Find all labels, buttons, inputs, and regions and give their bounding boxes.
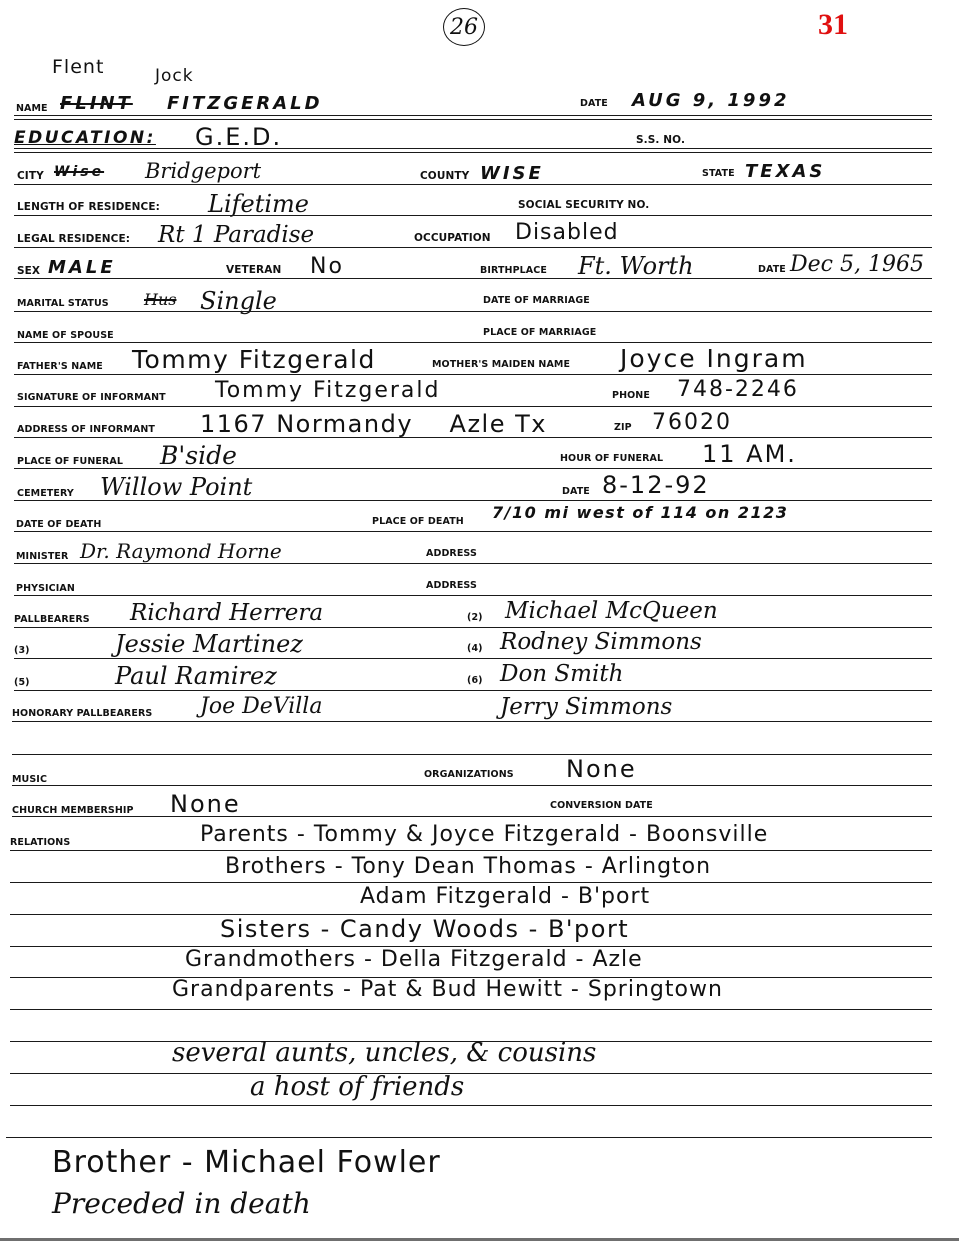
cemetery-date-label: DATE: [562, 486, 590, 497]
footer-note-line-1: Brother - Michael Fowler: [52, 1148, 441, 1178]
music-label: MUSIC: [12, 774, 47, 785]
pallbearer-2-number: (2): [467, 612, 483, 623]
birth-date-label: DATE: [758, 264, 786, 275]
rule: [14, 468, 932, 469]
marital-status-label: MARITAL STATUS: [17, 298, 109, 309]
informant-address-value: 1167 Normandy Azle Tx: [200, 412, 547, 436]
minister-value: Dr. Raymond Horne: [80, 541, 282, 561]
rule: [10, 1105, 932, 1106]
rule: [14, 184, 932, 185]
pallbearer-2: Michael McQueen: [505, 600, 718, 623]
red-page-number: 31: [818, 8, 848, 42]
informant-address-label: ADDRESS OF INFORMANT: [17, 424, 155, 435]
circled-page-number-text: 26: [450, 15, 478, 40]
date-label: DATE: [580, 98, 608, 109]
rule: [12, 754, 932, 755]
sex-value: MALE: [48, 259, 116, 277]
father-value: Tommy Fitzgerald: [132, 347, 376, 372]
phone-label: PHONE: [612, 390, 650, 401]
marital-status-struck: Hus: [144, 292, 176, 308]
rule: [14, 690, 932, 691]
rule: [14, 500, 932, 501]
pallbearer-4: Rodney Simmons: [500, 631, 702, 654]
honorary-pallbearer-2: Jerry Simmons: [500, 696, 672, 719]
rule: [14, 406, 932, 407]
rule: [10, 850, 932, 851]
rule: [14, 148, 932, 149]
relation-line-1: Parents - Tommy & Joyce Fitzgerald - Boo…: [200, 824, 768, 846]
footer-note-line-2: Preceded in death: [52, 1190, 311, 1218]
honorary-pallbearer-1: Joe DeVilla: [200, 696, 322, 718]
funeral-record-form: 26 31 Flent Jock NAME FLINT FITZGERALD D…: [0, 0, 959, 1241]
veteran-label: VETERAN: [226, 264, 281, 276]
zip-value: 76020: [652, 412, 732, 434]
informant-signature-value: Tommy Fitzgerald: [215, 380, 440, 402]
pallbearer-1: Richard Herrera: [130, 602, 323, 625]
rule: [14, 658, 932, 659]
mother-label: MOTHER'S MAIDEN NAME: [432, 359, 570, 370]
pallbearer-6-number: (6): [467, 675, 483, 686]
rule: [12, 721, 932, 722]
rule: [14, 311, 932, 312]
informant-signature-label: SIGNATURE OF INFORMANT: [17, 392, 166, 403]
birth-date-value: Dec 5, 1965: [790, 254, 924, 276]
occupation-label: OCCUPATION: [414, 232, 491, 244]
veteran-value: No: [310, 256, 344, 278]
length-residence-value: Lifetime: [208, 192, 309, 216]
state-value: TEXAS: [745, 163, 825, 181]
relation-line-7: several aunts, uncles, & cousins: [172, 1040, 596, 1066]
rule: [10, 1009, 932, 1010]
pallbearer-4-number: (4): [467, 643, 483, 654]
place-of-death-value: 7/10 mi west of 114 on 2123: [492, 505, 788, 521]
date-of-death-label: DATE OF DEATH: [16, 519, 101, 530]
spouse-label: NAME OF SPOUSE: [17, 330, 114, 341]
city-value: Bridgeport: [145, 161, 261, 182]
name-value: FITZGERALD: [167, 95, 323, 113]
cemetery-value: Willow Point: [100, 475, 252, 499]
conversion-date-label: CONVERSION DATE: [550, 800, 653, 811]
date-value: AUG 9, 1992: [632, 92, 790, 110]
occupation-value: Disabled: [515, 222, 619, 244]
rule: [14, 531, 932, 532]
rule: [14, 215, 932, 216]
date-of-marriage-label: DATE OF MARRIAGE: [483, 295, 590, 306]
marital-status-value: Single: [200, 289, 277, 313]
physician-label: PHYSICIAN: [16, 583, 75, 594]
rule: [14, 247, 932, 248]
circled-page-number: 26: [443, 8, 485, 46]
relation-line-6: Grandparents - Pat & Bud Hewitt - Spring…: [172, 979, 723, 1001]
minister-label: MINISTER: [16, 551, 68, 562]
pallbearer-5-number: (5): [14, 677, 30, 688]
relation-line-3: Adam Fitzgerald - B'port: [360, 886, 650, 908]
rule: [14, 115, 932, 116]
relation-line-5: Grandmothers - Della Fitzgerald - Azle: [185, 949, 643, 971]
social-security-label: SOCIAL SECURITY NO.: [518, 199, 649, 211]
rule: [14, 563, 932, 564]
county-label: COUNTY: [420, 170, 469, 182]
father-label: FATHER'S NAME: [17, 361, 103, 372]
funeral-place-value: B'side: [160, 443, 237, 468]
place-of-marriage-label: PLACE OF MARRIAGE: [483, 327, 596, 338]
pallbearer-3: Jessie Martinez: [115, 632, 303, 656]
rule: [6, 1137, 932, 1138]
education-label: EDUCATION:: [14, 130, 156, 147]
organizations-value: None: [566, 757, 637, 781]
place-of-death-label: PLACE OF DEATH: [372, 516, 464, 527]
pallbearers-label: PALLBEARERS: [14, 614, 90, 625]
mother-value: Joyce Ingram: [620, 346, 808, 371]
relations-label: RELATIONS: [10, 837, 70, 848]
minister-address-label: ADDRESS: [426, 548, 477, 559]
cemetery-date-value: 8-12-92: [602, 473, 710, 497]
ssno-label: S.S. NO.: [636, 134, 685, 146]
birthplace-label: BIRTHPLACE: [480, 265, 547, 276]
relation-line-4: Sisters - Candy Woods - B'port: [220, 917, 629, 941]
organizations-label: ORGANIZATIONS: [424, 769, 514, 780]
physician-address-label: ADDRESS: [426, 580, 477, 591]
rule: [14, 342, 932, 343]
funeral-hour-label: HOUR OF FUNERAL: [560, 453, 663, 464]
name-correction-1: Flent: [52, 58, 104, 77]
rule: [14, 374, 932, 375]
education-value: G.E.D.: [195, 125, 282, 149]
pallbearer-6: Don Smith: [500, 663, 623, 686]
rule: [14, 627, 932, 628]
rule: [10, 882, 932, 883]
rule: [12, 816, 932, 817]
pallbearer-5: Paul Ramirez: [115, 664, 277, 688]
name-correction-2: Jock: [155, 68, 194, 85]
rule: [14, 278, 932, 279]
rule: [12, 785, 932, 786]
rule: [14, 437, 932, 438]
zip-label: ZIP: [614, 422, 632, 433]
cemetery-label: CEMETERY: [17, 488, 74, 499]
relation-line-2: Brothers - Tony Dean Thomas - Arlington: [225, 856, 711, 878]
county-value: WISE: [480, 165, 544, 183]
phone-value: 748-2246: [677, 379, 799, 401]
church-membership-value: None: [170, 792, 241, 816]
length-residence-label: LENGTH OF RESIDENCE:: [17, 201, 160, 213]
funeral-hour-value: 11 AM.: [702, 442, 797, 466]
city-label: CITY: [17, 170, 44, 182]
rule: [10, 1073, 932, 1074]
pallbearer-3-number: (3): [14, 645, 30, 656]
birthplace-value: Ft. Worth: [578, 254, 694, 278]
name-label: NAME: [16, 103, 48, 114]
city-struck-value: Wise: [54, 165, 104, 179]
honorary-pallbearers-label: HONORARY PALLBEARERS: [12, 708, 152, 719]
church-membership-label: CHURCH MEMBERSHIP: [12, 805, 134, 816]
rule: [14, 595, 932, 596]
name-struck-value: FLINT: [60, 95, 133, 113]
sex-label: SEX: [17, 265, 40, 277]
state-label: STATE: [702, 168, 735, 179]
relation-line-8: a host of friends: [250, 1074, 464, 1100]
legal-residence-value: Rt 1 Paradise: [158, 224, 314, 247]
funeral-place-label: PLACE OF FUNERAL: [17, 456, 123, 467]
legal-residence-label: LEGAL RESIDENCE:: [17, 233, 130, 245]
